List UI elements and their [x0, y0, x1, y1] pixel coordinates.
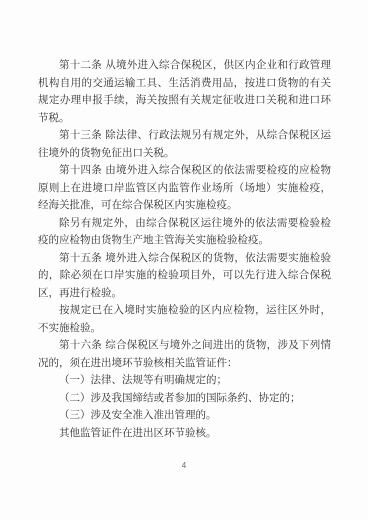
- document-page: 第十二条 从境外进入综合保税区，供区内企业和行政管理机构自用的交通运输工具、生活…: [0, 0, 368, 520]
- paragraph-article-14: 第十四条 由境外进入综合保税区的依法需要检疫的应检物原则上在进境口岸监管区内监管…: [38, 162, 331, 215]
- paragraph-article-15: 第十五条 境外进入综合保税区的货物，依法需要实施检验的，除必须在口岸实施的检验项…: [38, 250, 331, 303]
- paragraph-article-16: 第十六条 综合保税区与境外之间进出的货物，涉及下列情况的，须在进出境环节验核相关…: [38, 337, 331, 372]
- paragraph-article-12: 第十二条 从境外进入综合保税区，供区内企业和行政管理机构自用的交通运输工具、生活…: [38, 57, 331, 127]
- page-number: 4: [0, 461, 368, 471]
- paragraph-article-15-cont: 按规定已在入境时实施检验的区内应检物，运往区外时，不实施检验。: [38, 302, 331, 337]
- paragraph-article-13: 第十三条 除法律、行政法规另有规定外，从综合保税区运往境外的货物免征出口关税。: [38, 127, 331, 162]
- list-item-1: （一）法律、法规等有明确规定的；: [38, 372, 331, 390]
- list-item-3: （三）涉及安全准入准出管理的。: [38, 407, 331, 425]
- document-body-text: 第十二条 从境外进入综合保税区，供区内企业和行政管理机构自用的交通运输工具、生活…: [38, 57, 331, 442]
- paragraph-article-16-cont: 其他监管证件在进出区环节验核。: [38, 425, 331, 443]
- list-item-2: （二）涉及我国缔结或者参加的国际条约、协定的；: [38, 390, 331, 408]
- paragraph-article-14-cont: 除另有规定外，由综合保税区运往境外的依法需要检验检疫的应检物由货物生产地主管海关…: [38, 215, 331, 250]
